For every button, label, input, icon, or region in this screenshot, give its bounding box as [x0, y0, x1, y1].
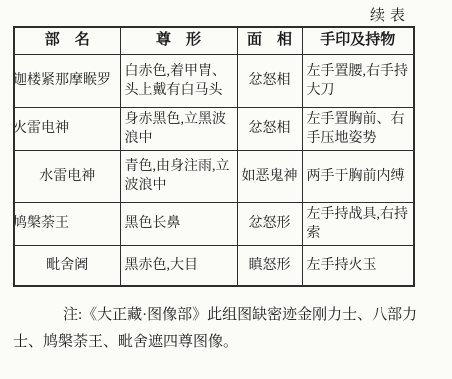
- cell-deity-name: 水雷电神: [14, 150, 120, 202]
- cell-face-aspect: 忿怒相: [237, 54, 302, 107]
- cell-face-aspect: 忿怒相: [237, 107, 302, 150]
- table-row: 毗舍阇 黑赤色,大目 瞋怒形 左手持火玉: [14, 245, 414, 286]
- cell-deity-form: 身赤黑色,立黑波浪中: [120, 107, 237, 150]
- col-header-mudra-attributes: 手印及持物: [302, 27, 414, 54]
- cell-mudra-attributes: 左手置胸前、右手压地姿势: [302, 107, 414, 150]
- cell-mudra-attributes: 左手持火玉: [302, 245, 414, 286]
- cell-deity-form: 黑赤色,大目: [120, 245, 237, 286]
- table-header-row: 部 名 尊 形 面 相 手印及持物: [14, 27, 414, 54]
- cell-deity-form: 白赤色,着甲胄、头上戴有白马头: [120, 54, 237, 107]
- col-header-deity-name: 部 名: [14, 27, 120, 54]
- col-header-deity-form: 尊 形: [120, 27, 237, 54]
- cell-face-aspect: 忿怒形: [237, 202, 302, 245]
- cell-mudra-attributes: 左手持战具,右持索: [302, 202, 414, 245]
- cell-deity-name: 26. 迦楼紧那摩睺罗: [14, 54, 120, 107]
- cell-face-aspect: 瞋怒形: [237, 245, 302, 286]
- cell-mudra-attributes: 左手置腰,右手持大刀: [302, 54, 414, 107]
- deity-attribute-table: 部 名 尊 形 面 相 手印及持物 26. 迦楼紧那摩睺罗 白赤色,着甲胄、头上…: [13, 26, 415, 287]
- table-row: 水雷电神 青色,由身注雨,立波浪中 如恶鬼神 两手于胸前内缚: [14, 150, 414, 202]
- cell-deity-form: 黑色长鼻: [120, 202, 237, 245]
- col-header-face-aspect: 面 相: [237, 27, 302, 54]
- table-row: 27. 火雷电神 身赤黑色,立黑波浪中 忿怒相 左手置胸前、右手压地姿势: [14, 107, 414, 150]
- cell-mudra-attributes: 两手于胸前内缚: [302, 150, 414, 202]
- table-row: 28. 鸠槃荼王 黑色长鼻 忿怒形 左手持战具,右持索: [14, 202, 414, 245]
- footnote: 注:《大正藏·图像部》此组图缺密迹金刚力士、八部力士、鸠槃荼王、毗舍遮四尊图像。: [13, 302, 423, 356]
- cell-face-aspect: 如恶鬼神: [237, 150, 302, 202]
- cell-deity-form: 青色,由身注雨,立波浪中: [120, 150, 237, 202]
- table-row: 26. 迦楼紧那摩睺罗 白赤色,着甲胄、头上戴有白马头 忿怒相 左手置腰,右手持…: [14, 54, 414, 107]
- cell-deity-name: 毗舍阇: [14, 245, 120, 286]
- cell-deity-name: 28. 鸠槃荼王: [14, 202, 120, 245]
- cell-deity-name: 27. 火雷电神: [14, 107, 120, 150]
- continued-table-label: 续表: [370, 4, 410, 25]
